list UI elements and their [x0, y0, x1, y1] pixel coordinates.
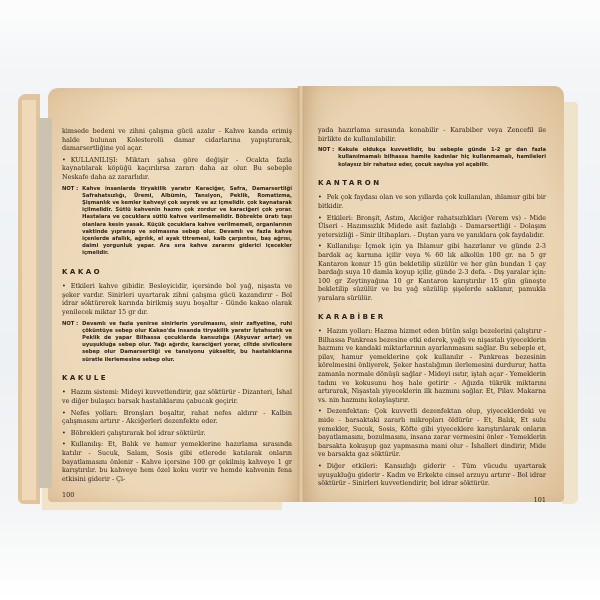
usage-paragraph: KULLANILIŞI: Miktarı şahsa göre değişir … [62, 156, 292, 182]
section-heading-kantaron: KANTARON [318, 179, 546, 188]
page-number: 100 [62, 491, 292, 500]
note-block: NOT : Kakule oldukça kuvvetlidir, bu seb… [318, 147, 546, 169]
left-page-text: kimsede bedeni ve zihni çalışma gücü aza… [62, 127, 292, 500]
section-heading-kakule: KAKULE [62, 374, 292, 383]
continuation-text: kimsede bedeni ve zihni çalışma gücü aza… [62, 127, 292, 153]
kantaron-paragraph: Etkileri: Bronşit, Astım, Akciğer rahats… [318, 214, 546, 240]
kantaron-paragraph: Kullanılışı: İçmek için ya Ihlamur gibi … [318, 242, 546, 302]
page-number: 101 [318, 496, 546, 505]
kakule-paragraph: Nefes yolları: Bronşları boşaltır, rahat… [62, 409, 292, 426]
karabiber-paragraph: Diğer etkileri: Kansızlığı giderir - Tüm… [318, 462, 546, 488]
note-body: Devamlı ve fazla yenirse sinirlerin yoru… [82, 321, 292, 364]
kakule-paragraph: Kullanılış: Et, Balık ve hamur yemekleri… [62, 440, 292, 483]
note-block: NOT : Kahve insanlarda tiryakilik yaratı… [62, 186, 292, 258]
kantaron-paragraph: Pek çok faydası olan ve son yıllarda çok… [318, 193, 546, 210]
open-book: kimsede bedeni ve zihni çalışma gücü aza… [0, 0, 600, 600]
kakule-paragraph: Böbrekleri çalıştırarak bol idrar söktür… [62, 429, 292, 438]
note-label: NOT : [318, 147, 334, 169]
book-edge-left-inner [22, 100, 36, 500]
note-label: NOT : [62, 186, 78, 258]
note-label: NOT : [62, 321, 78, 364]
note-block: NOT : Devamlı ve fazla yenirse sinirleri… [62, 321, 292, 364]
kakule-paragraph: Hazım sistemi: Mideyi kuvvetlendirir, ga… [62, 388, 292, 405]
karabiber-paragraph: Hazım yolları: Hazma hizmet eden bütün s… [318, 327, 546, 404]
right-page-text: yada hazırlama sırasında konabilir - Kar… [318, 126, 546, 504]
section-heading-kakao: KAKAO [62, 268, 292, 277]
continuation-text: yada hazırlama sırasında konabilir - Kar… [318, 126, 546, 143]
section-heading-karabiber: KARABİBER [318, 313, 546, 322]
note-body: Kakule oldukça kuvvetlidir, bu sebeple g… [338, 147, 546, 169]
note-body: Kahve insanlarda tiryakilik yaratır Kara… [82, 186, 292, 258]
book-edge-right [562, 102, 578, 504]
kakao-paragraph: Etkileri kahve gibidir. Besleyicidir, iç… [62, 282, 292, 316]
book-gutter [298, 86, 304, 502]
inserted-paper-strip [38, 118, 52, 488]
karabiber-paragraph: Dezenfektan: Çok kuvvetli dezenfektan ol… [318, 407, 546, 459]
